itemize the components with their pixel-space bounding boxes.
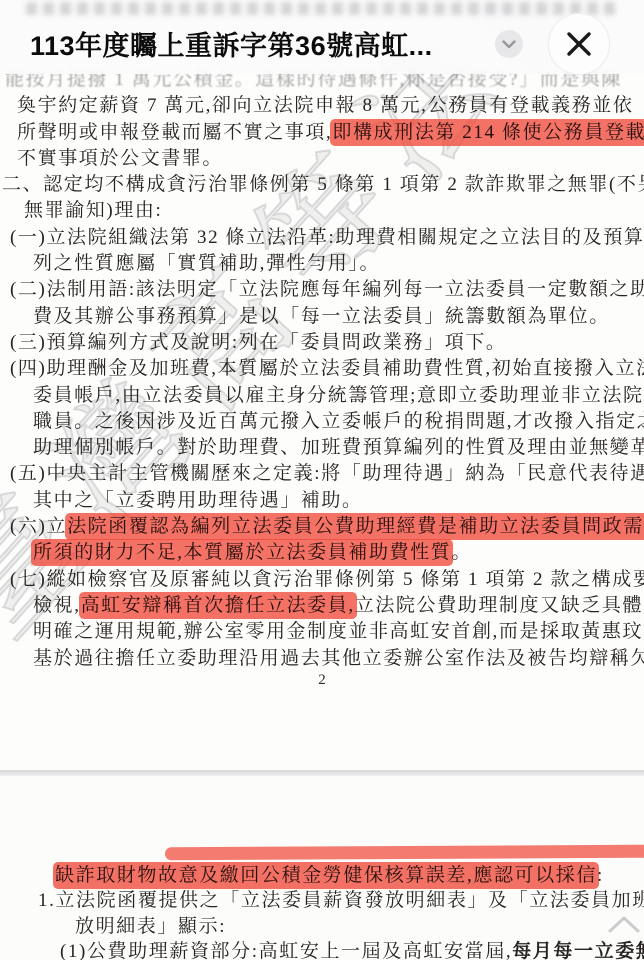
collapse-button[interactable] <box>495 30 523 58</box>
text-segment: (二)法制用語:該法明定「立法院應每年編列每一立法委員一定數額之助理 <box>10 279 644 300</box>
doc-line: 其中之「立委聘用助理待遇」補助。 <box>0 488 644 514</box>
text-segment: (七)縱如檢察官及原審純以貪污治罪條例第 5 條第 1 項第 2 款之構成要件 <box>10 569 644 590</box>
doc-line: 委員帳戶,由立法委員以雇主身分統籌管理;意即立委助理並非立法院 <box>0 383 644 409</box>
highlighted-text: 所須的財力不足,本質屬於立法委員補助費性質 <box>31 539 453 566</box>
doc-line: (四)助理酬金及加班費,本質屬於立法委員補助費性質,初始直接撥入立法 <box>0 356 644 382</box>
text-segment: 委員帳戶,由立法委員以雇主身分統籌管理;意即立委助理並非立法院 <box>33 385 644 406</box>
doc-line: 不實事項於公文書罪。 <box>0 146 644 172</box>
text-segment: (六)立 <box>10 516 67 537</box>
close-button[interactable] <box>549 14 609 74</box>
page1-text: 能按月提撥 1 萬元公積金。這樣的待遇條件,你是否接受?」而是與陳奐宇約定薪資 … <box>0 67 644 672</box>
doc-line: 檢視,高虹安辯稱首次擔任立法委員,立法院公費助理制度又缺乏具體 <box>0 593 644 619</box>
doc-line: 放明細表」顯示: <box>0 914 644 939</box>
doc-line: 基於過往擔任立委助理沿用過去其他立委辦公室作法及被告均辯稱欠 <box>0 646 644 672</box>
doc-line: 費及其辦公事務預算」是以「每一立法委員」統籌數額為單位。 <box>0 304 644 330</box>
document-page-1: 臺灣高等法院 能按月提撥 1 萬元公積金。這樣的待遇條件,你是否接受?」而是與陳… <box>0 0 644 770</box>
text-segment: 二、認定均不構成貪污治罪條例第 5 條第 1 項第 2 款詐欺罪之無罪(不另為 <box>2 174 644 195</box>
doc-line: 助理個別帳戶。對於助理費、加班費預算編列的性質及理由並無變革。 <box>0 435 644 461</box>
doc-line: 奐宇約定薪資 7 萬元,卻向立法院申報 8 萬元,公務員有登載義務並依 <box>0 93 644 119</box>
document-title: 113年度矚上重訴字第36號高虹... <box>30 24 433 63</box>
text-segment: : <box>597 865 604 886</box>
doc-line: (三)預算編列方式及說明:列在「委員問政業務」項下。 <box>0 330 644 356</box>
text-segment: 奐宇約定薪資 7 萬元,卻向立法院申報 8 萬元,公務員有登載義務並依 <box>17 95 634 116</box>
text-segment: 職員。之後因涉及近百萬元撥入立委帳戶的稅捐問題,才改撥入指定之 <box>33 411 644 432</box>
doc-line: 所聲明或申報登載而屬不實之事項,即構成刑法第 214 條使公務員登載 <box>0 120 644 146</box>
text-segment: (三)預算編列方式及說明:列在「委員問政業務」項下。 <box>10 332 507 353</box>
text-segment: 列之性質應屬「實質補助,彈性勻用」。 <box>33 253 380 274</box>
doc-line: 缺詐取財物故意及繳回公積金勞健保核算誤差,應認可以採信: <box>0 863 644 888</box>
bold-text: 每月每一立委無論 <box>512 941 644 960</box>
doc-line: (一)立法院組織法第 32 條立法沿革:助理費相關規定之立法目的及預算編 <box>0 225 644 251</box>
doc-line: 無罪諭知)理由: <box>0 198 644 224</box>
text-segment: 。 <box>451 542 472 563</box>
text-segment: 1.立法院函覆提供之「立法委員薪資發放明細表」及「立法委員加班費發 <box>38 890 644 911</box>
doc-line: (1)公費助理薪資部分:高虹安上一屆及高虹安當屆,每月每一立委無論 <box>0 939 644 960</box>
blurred-scrolled-text <box>26 2 618 15</box>
doc-line: (六)立法院函覆認為編列立法委員公費助理經費是補助立法委員問政需要 <box>0 514 644 540</box>
viewer-header: 113年度矚上重訴字第36號高虹... <box>0 0 644 74</box>
doc-line: (七)縱如檢察官及原審純以貪污治罪條例第 5 條第 1 項第 2 款之構成要件 <box>0 567 644 593</box>
text-segment: 助理個別帳戶。對於助理費、加班費預算編列的性質及理由並無變革。 <box>33 437 644 458</box>
chevron-up-icon <box>608 916 640 933</box>
text-segment: 基於過往擔任立委助理沿用過去其他立委辦公室作法及被告均辯稱欠 <box>33 648 644 669</box>
doc-line: 明確之運用規範,辦公室零用金制度並非高虹安首創,而是採取黃惠玟 <box>0 619 644 645</box>
red-marker-stroke <box>165 845 644 861</box>
text-segment: (1)公費助理薪資部分:高虹安上一屆及高虹安當屆, <box>60 941 512 960</box>
doc-line: (五)中央主計主管機關歷來之定義:將「助理待遇」納為「民意代表待遇」 <box>0 461 644 487</box>
highlighted-text: 高虹安辯稱首次擔任立法委員, <box>79 592 357 619</box>
scroll-up-indicator <box>608 916 640 938</box>
page-number: 2 <box>0 672 644 689</box>
text-segment: 所聲明或申報登載而屬不實之事項, <box>17 122 332 143</box>
text-segment: 明確之運用規範,辦公室零用金制度並非高虹安首創,而是採取黃惠玟 <box>33 621 643 642</box>
highlighted-text: 法院函覆認為編列立法委員公費助理經費是補助立法委員問政需要 <box>65 513 644 540</box>
text-segment: (四)助理酬金及加班費,本質屬於立法委員補助費性質,初始直接撥入立法 <box>10 358 644 379</box>
highlighted-text: 即構成刑法第 214 條使公務員登載 <box>330 119 644 146</box>
text-segment: 費及其辦公事務預算」是以「每一立法委員」統籌數額為單位。 <box>33 306 610 327</box>
close-icon <box>565 30 593 58</box>
text-segment: 其中之「立委聘用助理待遇」補助。 <box>33 490 363 511</box>
doc-line: 所須的財力不足,本質屬於立法委員補助費性質。 <box>0 540 644 566</box>
page2-text: 缺詐取財物故意及繳回公積金勞健保核算誤差,應認可以採信:1.立法院函覆提供之「立… <box>0 863 644 960</box>
text-segment: 立法院公費助理制度又缺乏具體 <box>355 595 643 616</box>
doc-line: 列之性質應屬「實質補助,彈性勻用」。 <box>0 251 644 277</box>
text-segment: (五)中央主計主管機關歷來之定義:將「助理待遇」納為「民意代表待遇」 <box>10 463 644 484</box>
document-page-2: 缺詐取財物故意及繳回公積金勞健保核算誤差,應認可以採信:1.立法院函覆提供之「立… <box>0 776 644 960</box>
doc-line: 二、認定均不構成貪污治罪條例第 5 條第 1 項第 2 款詐欺罪之無罪(不另為 <box>0 172 644 198</box>
highlighted-text: 缺詐取財物故意及繳回公積金勞健保核算誤差,應認可以採信 <box>53 862 599 889</box>
text-segment: 檢視, <box>33 595 81 616</box>
chevron-down-icon <box>502 40 516 49</box>
text-segment: (一)立法院組織法第 32 條立法沿革:助理費相關規定之立法目的及預算編 <box>10 227 644 248</box>
text-segment: 放明細表」顯示: <box>75 916 226 937</box>
text-segment: 不實事項於公文書罪。 <box>17 148 223 169</box>
doc-line: 職員。之後因涉及近百萬元撥入立委帳戶的稅捐問題,才改撥入指定之 <box>0 409 644 435</box>
doc-line: 1.立法院函覆提供之「立法委員薪資發放明細表」及「立法委員加班費發 <box>0 888 644 913</box>
doc-line: (二)法制用語:該法明定「立法院應每年編列每一立法委員一定數額之助理 <box>0 277 644 303</box>
text-segment: 無罪諭知)理由: <box>24 200 162 221</box>
